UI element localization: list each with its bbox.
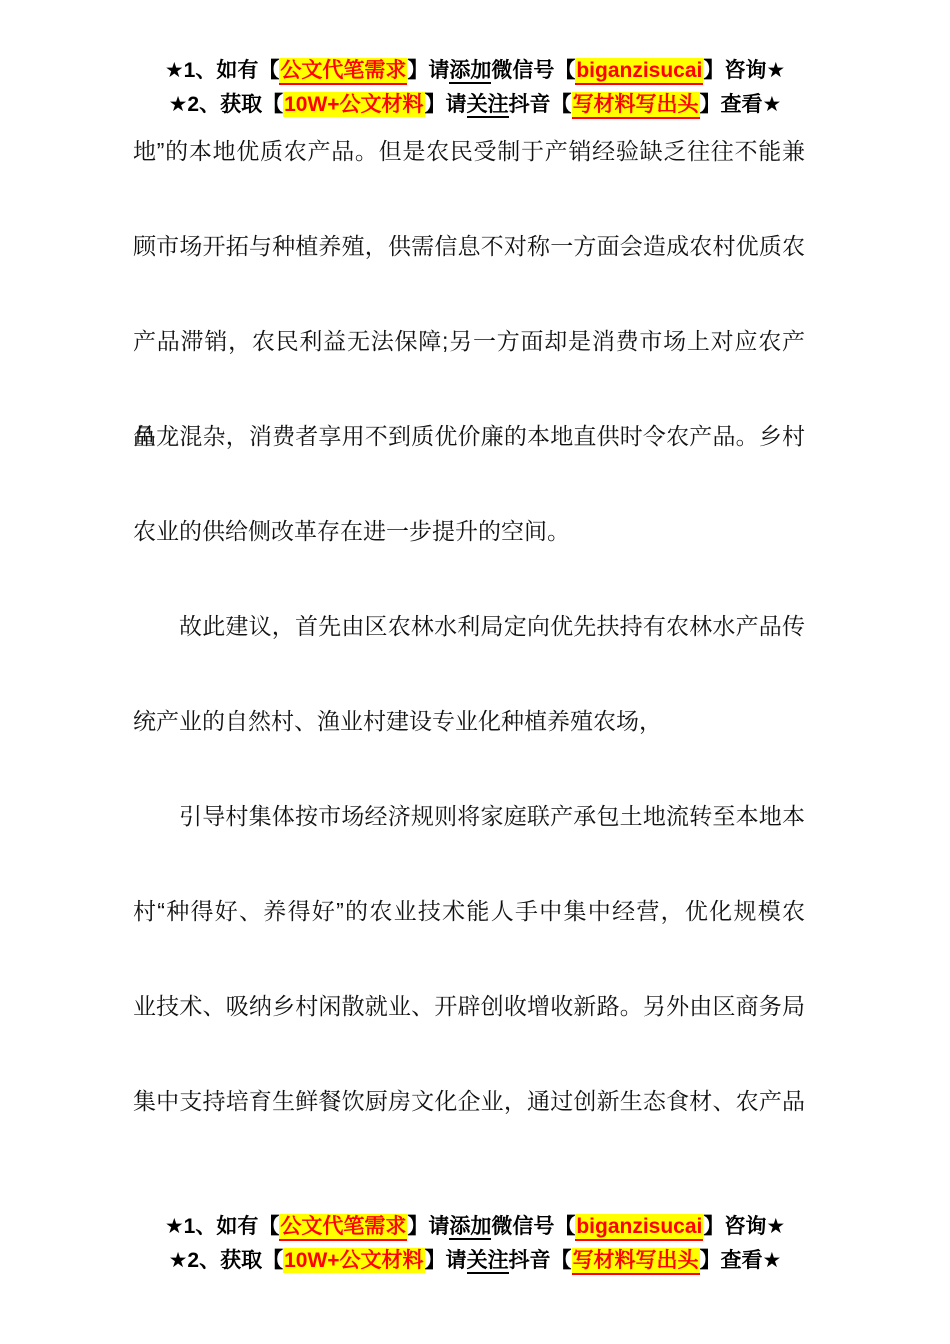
promo-suffix-text: 】咨询★ xyxy=(703,59,785,82)
promo-footer-line-2: ★2、获取【10W+公文材料】请关注抖音【写材料写出头】查看★ xyxy=(0,1244,950,1278)
document-body-text: 地”的本地优质农产品。但是农民受制于产销经验缺乏往往不能兼顾市场开拓与种植养殖，… xyxy=(133,104,805,1149)
wechat-label-text: 微信号【 xyxy=(491,59,575,82)
promo-prefix-text: ★1、如有【 xyxy=(165,1215,280,1238)
highlight-douyin-id: 写材料写出头 xyxy=(572,1248,700,1275)
promo-suffix-text: 】查看★ xyxy=(700,1249,782,1272)
highlight-material-count: 10W+公文材料 xyxy=(283,1248,424,1273)
body-text-line: 集中支持培育生鲜餐饮厨房文化企业，通过创新生态食材、农产品 xyxy=(133,1054,805,1149)
promo-plain-text: 】请 xyxy=(407,59,449,82)
underlined-tianjia: 添加 xyxy=(449,1215,491,1240)
body-text-line: 顾市场开拓与种植养殖，供需信息不对称一方面会造成农村优质农 xyxy=(133,199,805,294)
promo-plain-text: 】请 xyxy=(407,1215,449,1238)
body-text-line: 产品滞销，农民利益无法保障;另一方面却是消费市场上对应农产品 xyxy=(133,294,805,389)
body-text-line: 村“种得好、养得好”的农业技术能人手中集中经营，优化规模农 xyxy=(133,864,805,959)
body-text-line: 地”的本地优质农产品。但是农民受制于产销经验缺乏往往不能兼 xyxy=(133,104,805,199)
underlined-guanzhu: 关注 xyxy=(467,1249,509,1274)
wechat-label-text: 微信号【 xyxy=(491,1215,575,1238)
highlight-wechat-id: biganzisucai xyxy=(575,58,703,85)
highlight-wechat-id: biganzisucai xyxy=(575,1214,703,1241)
promo-prefix-text: ★2、获取【 xyxy=(169,1249,284,1272)
body-text-line: 统产业的自然村、渔业村建设专业化种植养殖农场， xyxy=(133,674,805,769)
body-text-line: 农业的供给侧改革存在进一步提升的空间。 xyxy=(133,484,805,579)
highlight-gongwen-daibi-xuqiu: 公文代笔需求 xyxy=(279,58,407,85)
body-text-line: 鱼龙混杂，消费者享用不到质优价廉的本地直供时令农产品。乡村 xyxy=(133,389,805,484)
douyin-label-text: 抖音【 xyxy=(509,1249,572,1272)
promo-footer-line-1: ★1、如有【公文代笔需求】请添加微信号【biganzisucai】咨询★ xyxy=(0,1210,950,1244)
promo-header-line-1: ★1、如有【公文代笔需求】请添加微信号【biganzisucai】咨询★ xyxy=(0,54,950,88)
body-text-line: 故此建议，首先由区农林水利局定向优先扶持有农林水产品传 xyxy=(133,579,805,674)
document-page: ★1、如有【公文代笔需求】请添加微信号【biganzisucai】咨询★ ★2、… xyxy=(0,0,950,1344)
promo-prefix-text: ★1、如有【 xyxy=(165,59,280,82)
underlined-tianjia: 添加 xyxy=(449,59,491,84)
highlight-gongwen-daibi-xuqiu: 公文代笔需求 xyxy=(279,1214,407,1241)
promo-plain-text: 】请 xyxy=(425,1249,467,1272)
body-text-line: 引导村集体按市场经济规则将家庭联产承包土地流转至本地本 xyxy=(133,769,805,864)
promo-footer: ★1、如有【公文代笔需求】请添加微信号【biganzisucai】咨询★ ★2、… xyxy=(0,1210,950,1278)
promo-suffix-text: 】咨询★ xyxy=(703,1215,785,1238)
body-text-line: 业技术、吸纳乡村闲散就业、开辟创收增收新路。另外由区商务局 xyxy=(133,959,805,1054)
